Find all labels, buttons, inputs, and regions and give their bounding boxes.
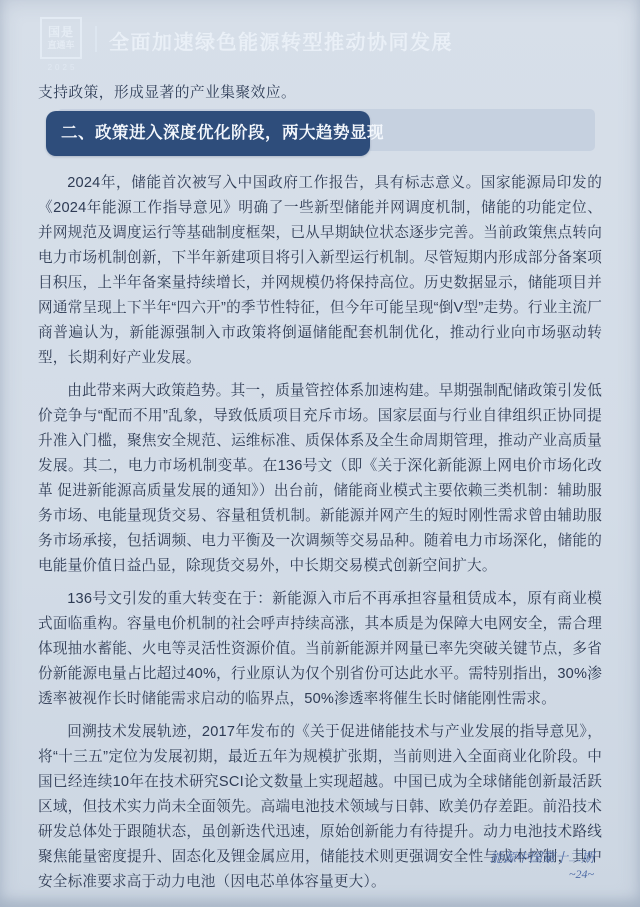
document-page: 国是 直通车 2025 全面加速绿色能源转型推动协同发展 支持政策，形成显著的产… — [0, 0, 640, 907]
paragraph-2: 由此带来两大政策趋势。其一，质量管控体系加速构建。早期强制配储政策引发低价竞争与… — [38, 379, 602, 579]
logo-text-top: 国是 — [48, 26, 74, 39]
section-title-banner: 二、政策进入深度优化阶段，两大趋势显现 — [46, 111, 370, 156]
page-title: 全面加速绿色能源转型推动协同发展 — [109, 26, 453, 55]
page-footer: 能源中国第十二期 ~24~ — [490, 849, 594, 883]
body-text: 2024年，储能首次被写入中国政府工作报告，具有标志意义。国家能源局印发的《20… — [38, 171, 602, 903]
paragraph-1: 2024年，储能首次被写入中国政府工作报告，具有标志意义。国家能源局印发的《20… — [38, 171, 602, 371]
intro-text: 支持政策，形成显著的产业集聚效应。 — [38, 81, 602, 102]
logo-text-bottom: 直通车 — [47, 40, 74, 50]
logo-year: 2025 — [45, 63, 78, 72]
journal-name: 能源中国第十二期 — [490, 849, 594, 866]
paragraph-3: 136号文引发的重大转变在于：新能源入市后不再承担容量租赁成本，原有商业模式面临… — [38, 587, 602, 712]
page-number: ~24~ — [490, 866, 594, 883]
page-header: 国是 直通车 2025 全面加速绿色能源转型推动协同发展 — [40, 17, 453, 72]
guoshi-logo-box: 国是 直通车 — [40, 17, 82, 59]
header-divider — [95, 26, 97, 52]
guoshi-logo: 国是 直通车 2025 — [40, 17, 82, 72]
